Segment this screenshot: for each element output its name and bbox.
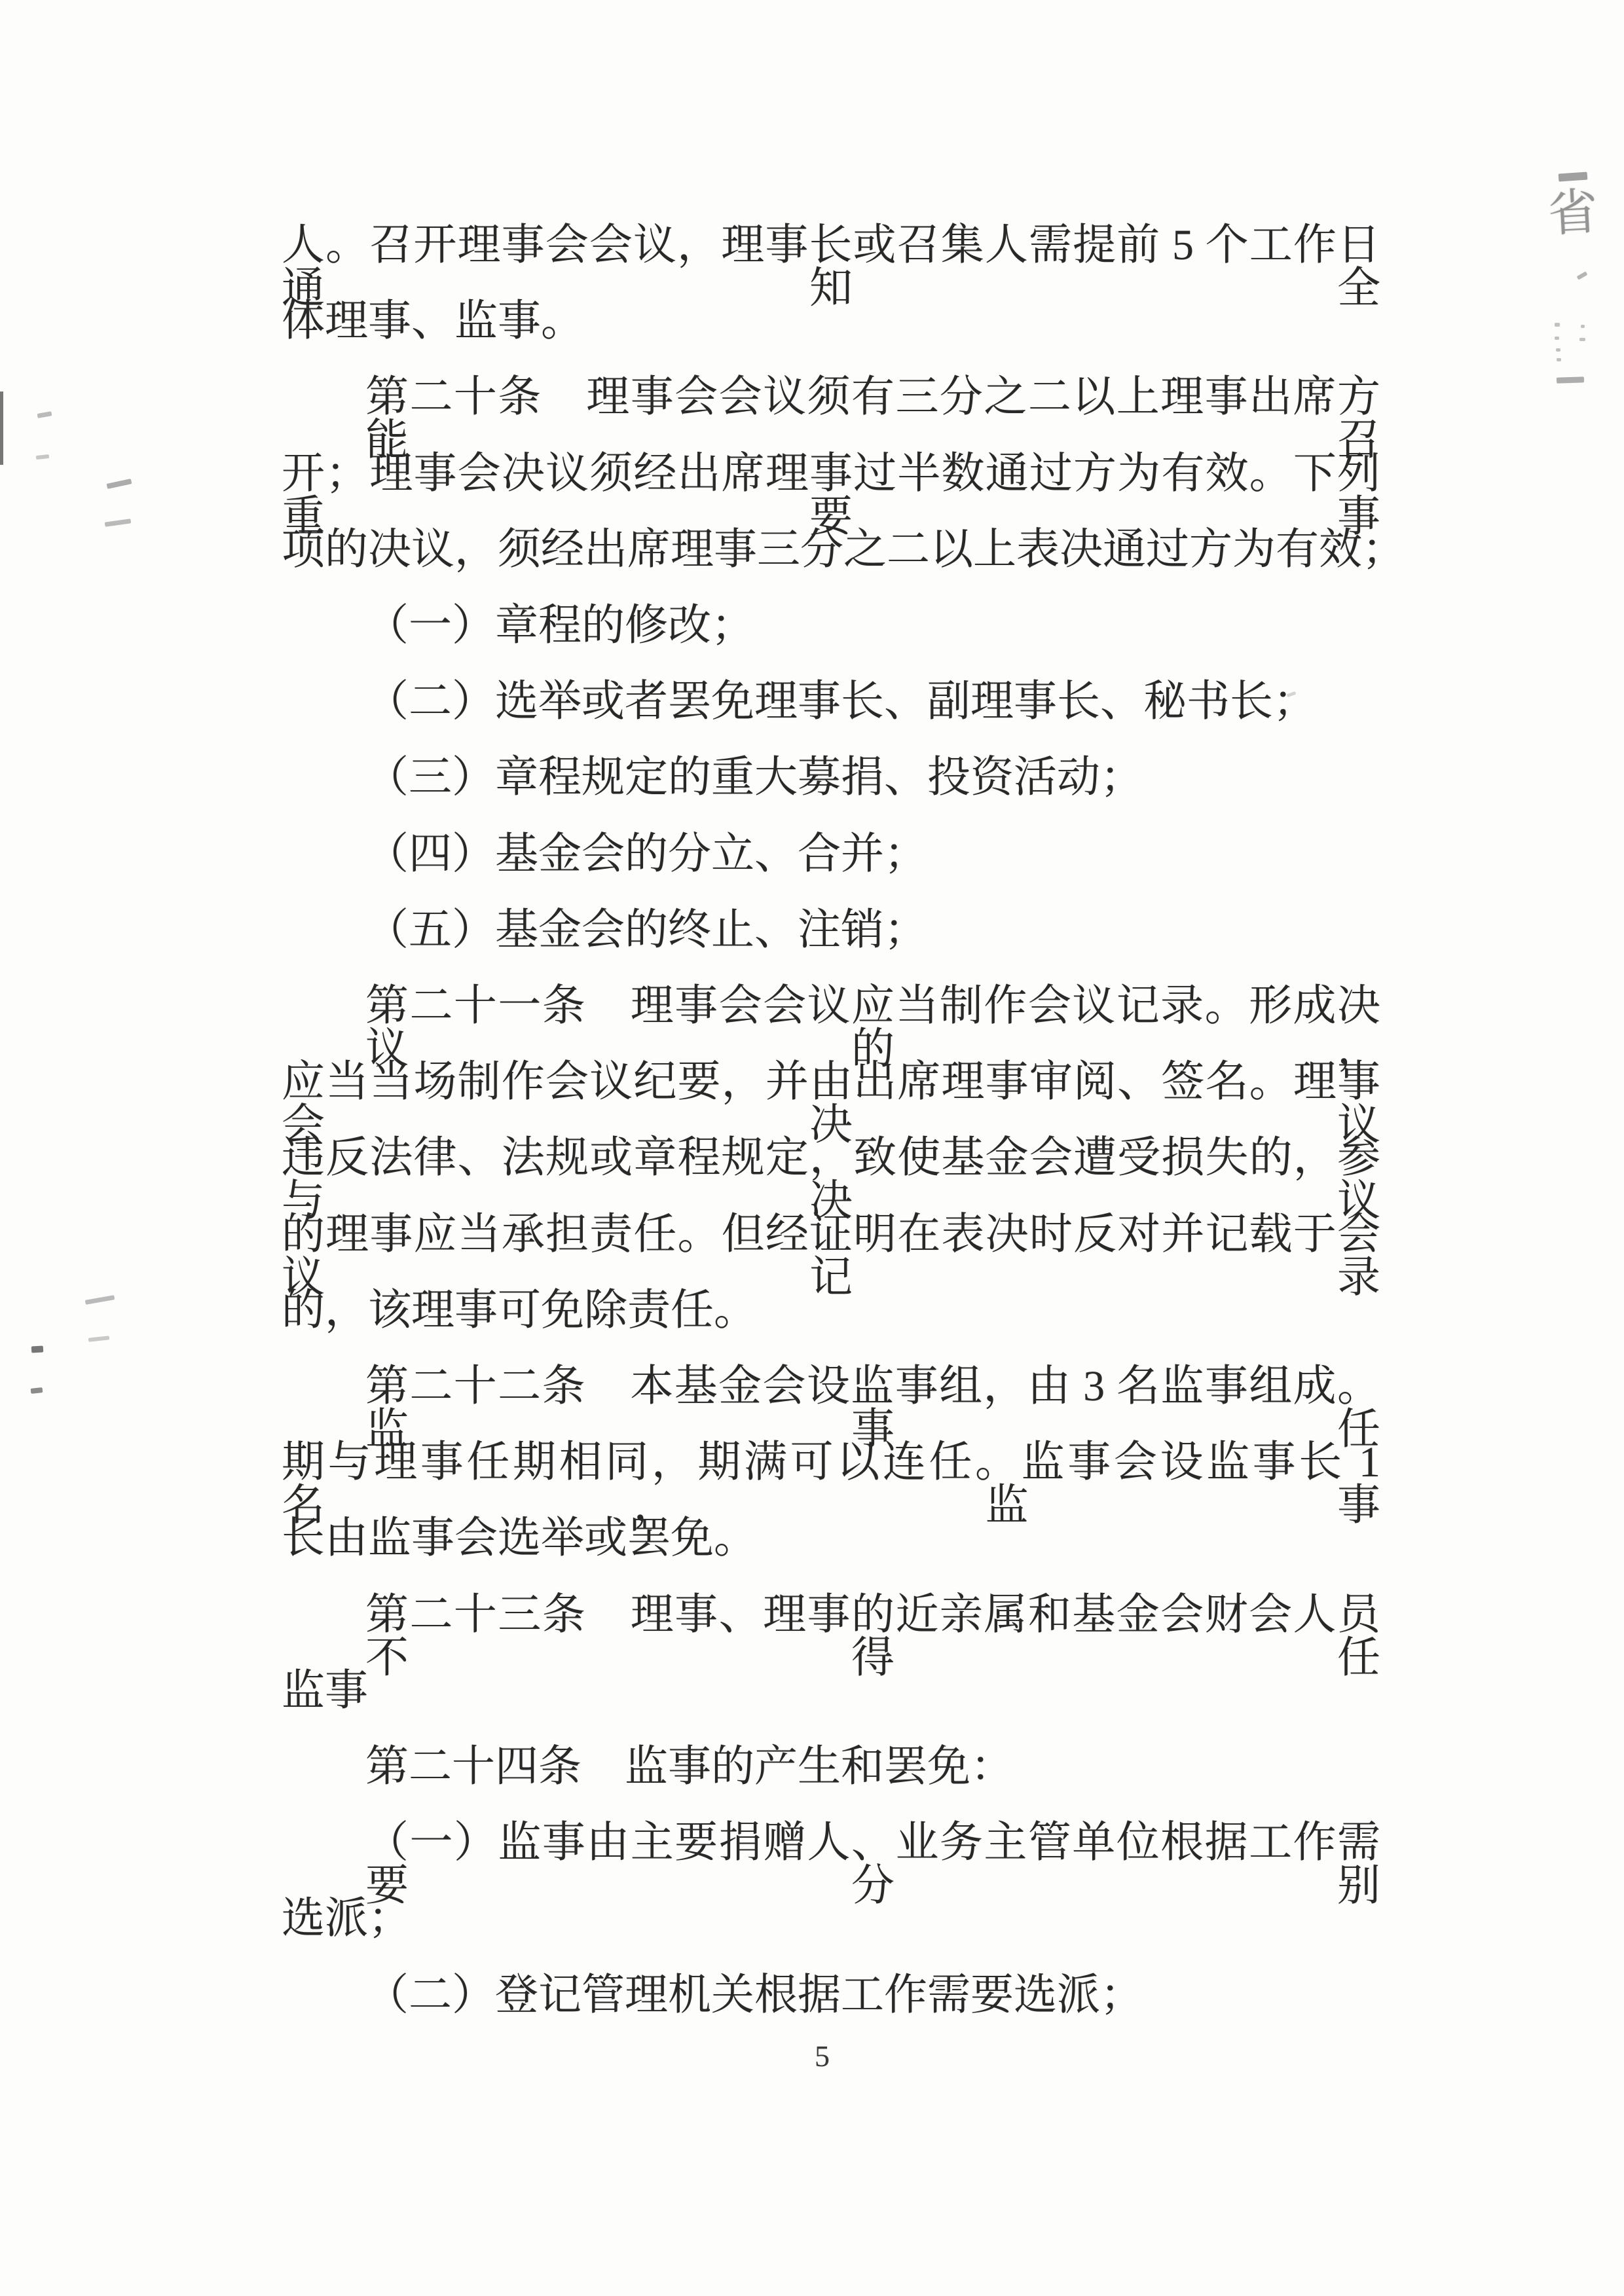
scan-artifact <box>107 479 132 489</box>
text-line: 监事 <box>282 1669 1380 1713</box>
text-line: 第二十四条 监事的产生和罢免： <box>282 1745 1380 1789</box>
stamp-speck <box>1556 348 1560 352</box>
scan-artifact <box>36 454 50 460</box>
stamp-speck <box>1557 358 1561 361</box>
stamp-speck <box>1555 323 1560 327</box>
scan-artifact <box>85 1295 115 1305</box>
text-line: 长由监事会选举或罢免。 <box>282 1517 1380 1560</box>
stamp-speck <box>1581 325 1585 328</box>
scan-artifact <box>105 519 132 526</box>
text-line: 选派； <box>282 1897 1380 1941</box>
document-body: 人。召开理事会会议，理事长或召集人需提前 5 个工作日通知全体理事、监事。第二十… <box>282 0 1380 2296</box>
text-line: （二）选举或者罢免理事长、副理事长、秘书长； <box>282 680 1380 723</box>
text-line: 项的决议，须经出席理事三分之二以上表决通过方为有效； <box>282 528 1380 572</box>
scan-artifact <box>0 392 3 465</box>
scan-artifact <box>88 1336 109 1341</box>
scanned-page: 人。召开理事会会议，理事长或召集人需提前 5 个工作日通知全体理事、监事。第二十… <box>0 0 1624 2296</box>
text-line: 的，该理事可免除责任。 <box>282 1289 1380 1332</box>
scan-artifact <box>37 411 52 418</box>
stamp-speck <box>1555 337 1559 340</box>
text-line: 第二十三条 理事、理事的近亲属和基金会财会人员不得任 <box>282 1594 1380 1680</box>
text-line: （一）监事由主要捐赠人、业务主管单位根据工作需要分别 <box>282 1821 1380 1908</box>
text-line: （四）基金会的分立、合并； <box>282 833 1380 876</box>
scan-artifact <box>31 1346 43 1353</box>
stamp-stroke-top-icon <box>1559 172 1588 181</box>
stamp-speck <box>1579 338 1585 341</box>
stamp-stroke-bottom-icon <box>1557 376 1584 383</box>
text-line: （五）基金会的终止、注销； <box>282 909 1380 952</box>
text-line: （一）章程的修改； <box>282 604 1380 647</box>
page-number: 5 <box>815 2041 830 2071</box>
text-line: （二）登记管理机关根据工作需要选派； <box>282 1974 1380 2017</box>
scan-artifact <box>31 1387 43 1394</box>
text-line: （三）章程规定的重大募捐、投资活动； <box>282 756 1380 799</box>
stamp-speck <box>1577 271 1588 280</box>
text-line: 体理事、监事。 <box>282 300 1380 343</box>
stamp-character: 省 <box>1547 186 1599 241</box>
